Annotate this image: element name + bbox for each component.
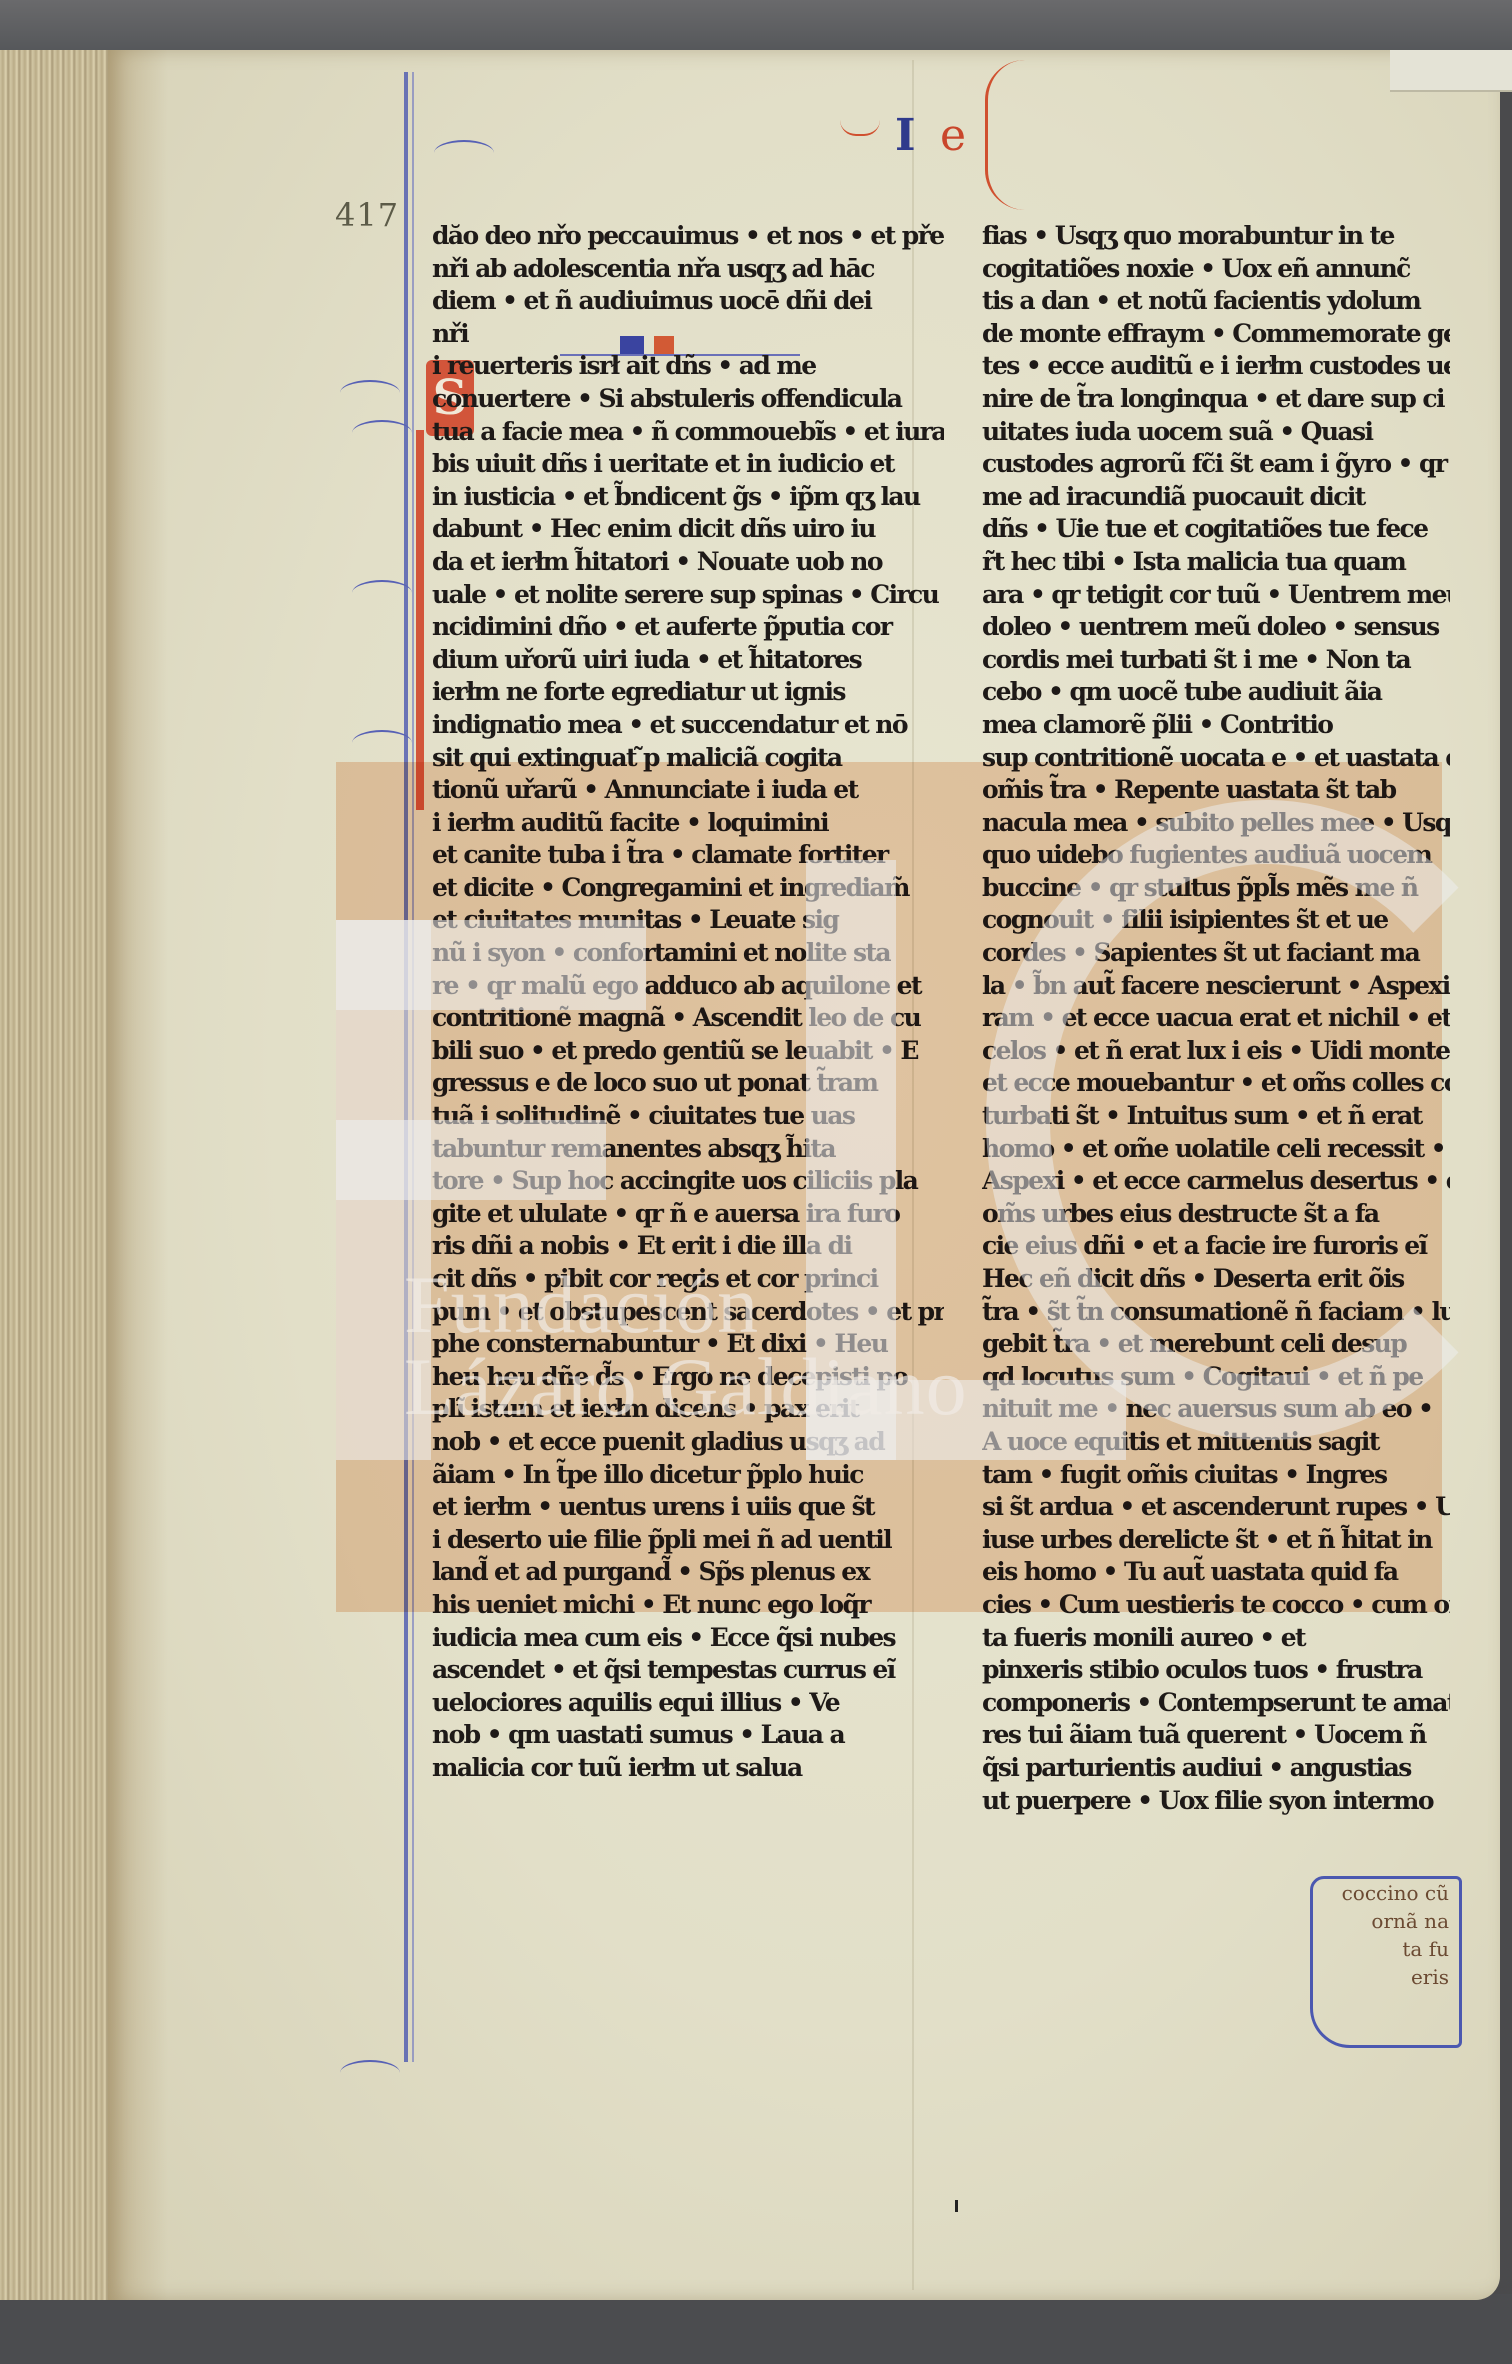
watermark-letter-f <box>336 1120 606 1200</box>
text-line: r̃t hec tibi • Ista malicia tua quam <box>982 546 1450 579</box>
text-line: cebo • qm uocẽ tube audiuit ãia <box>982 676 1450 709</box>
text-line: i reuerteris isrł ait dñs • ad me <box>432 350 944 383</box>
watermark-letter-f <box>336 920 646 1010</box>
folio-number: 417 <box>335 196 399 234</box>
penwork-flourish <box>352 580 412 606</box>
penwork-flourish <box>352 730 412 756</box>
text-line: pinxeris stibio oculos tuos • frustra <box>982 1654 1450 1687</box>
text-line: uitates iuda uocem suã • Quasi <box>982 416 1450 449</box>
text-line: nob • qm uastati sumus • Laua a <box>432 1719 944 1752</box>
text-line: fias • Usqʒ quo morabuntur in te <box>982 220 1450 253</box>
watermark-text-line-2: Lázaro Galdiano <box>404 1340 968 1434</box>
text-line: tua a facie mea • ñ commouebĩs • et iur… <box>432 416 944 449</box>
text-line: conuertere • Si abstuleris offendicula <box>432 383 944 416</box>
text-line: bis uiuit dñs i ueritate et in iudicio e… <box>432 448 944 481</box>
text-line: da et ierłm h̃itatori • Nouate uob no <box>432 546 944 579</box>
text-line: uale • et nolite serere sup spinas • Cir… <box>432 579 944 612</box>
text-line: me ad iracundiã puocauit dicit <box>982 481 1450 514</box>
text-line: cordis mei turbati s̃t i me • Non ta <box>982 644 1450 677</box>
text-line: ta fueris monili aureo • et <box>982 1622 1450 1655</box>
watermark-text-line-1: Fundación <box>404 1258 759 1352</box>
text-line: componeris • Contempserunt te amato <box>982 1687 1450 1720</box>
catchword-line: coccino cũ <box>1313 1879 1459 1907</box>
text-line: cogitatiões noxie • Uox eñ annunc̃ <box>982 253 1450 286</box>
text-line: malicia cor tuũ ierłm ut salua <box>432 1752 944 1785</box>
text-line: ut puerpere • Uox filie syon intermo <box>982 1785 1450 1818</box>
red-flourish <box>985 60 1048 210</box>
text-line: nire de t̃ra longinqua • et dare sup ci <box>982 383 1450 416</box>
text-line: ncidimini dño • et auferte p̃putia cor <box>432 611 944 644</box>
text-line: tis a dan • et notũ facientis ydolum <box>982 285 1450 318</box>
penwork-flourish <box>340 2060 400 2086</box>
text-line: doleo • uentrem meũ doleo • sensus <box>982 611 1450 644</box>
red-flourish <box>840 120 880 136</box>
running-head: I e <box>840 100 1040 160</box>
text-line: de monte effraym • Commemorate gen <box>982 318 1450 351</box>
text-line: ascendet • et q̃si tempestas currus eĩ <box>432 1654 944 1687</box>
text-line: res tui ãiam tuã querent • Uocem ñ <box>982 1719 1450 1752</box>
text-line: diem • et ñ audiuimus uocē dñi dei <box>432 285 944 318</box>
background-top <box>0 0 1512 52</box>
catchword-line: ornã na <box>1313 1907 1459 1935</box>
text-line: nři <box>432 318 944 351</box>
catchword-line: ta fu <box>1313 1935 1459 1963</box>
text-line: dăo deo nřo peccauimus • et nos • et pře… <box>432 220 944 253</box>
text-line: dabunt • Hec enim dicit dñs uiro iu <box>432 513 944 546</box>
text-line: ara • qr tetigit cor tuũ • Uentrem meũ <box>982 579 1450 612</box>
text-line: in iusticia • et b̃ndicent g̃s • ip̃m qʒ… <box>432 481 944 514</box>
watermark-logo <box>336 760 1442 1610</box>
background-bottom <box>0 2294 1512 2364</box>
text-line: uelociores aquilis equi illius • Ve <box>432 1687 944 1720</box>
text-line: nři ab adolescentia nřa usqʒ ad hāc <box>432 253 944 286</box>
text-line: mea clamorẽ p̃lii • Contritio <box>982 709 1450 742</box>
text-line: tes • ecce auditũ e i ierłm custodes ue <box>982 350 1450 383</box>
text-line: custodes agrorũ fc̃i s̃t eam i g̃yro • … <box>982 448 1450 481</box>
text-line: iudicia mea cum eis • Ecce q̃si nubes <box>432 1622 944 1655</box>
penwork-flourish <box>340 380 400 406</box>
text-line: dñs • Uie tue et cogitatiões tue fece <box>982 513 1450 546</box>
running-head-letter-1: I <box>895 110 916 161</box>
facing-page-corner <box>1390 50 1512 92</box>
page-stack-edges <box>0 50 112 2300</box>
gutter-shadow <box>108 50 168 2300</box>
running-head-letter-2: e <box>940 110 966 161</box>
penwork-flourish <box>434 140 494 166</box>
text-line: indignatio mea • et succendatur et nō <box>432 709 944 742</box>
ink-mark <box>955 2200 958 2212</box>
text-line: q̃si parturientis audiui • angustias <box>982 1752 1450 1785</box>
text-line: ierłm ne forte egrediatur ut ignis <box>432 676 944 709</box>
text-line: dium uřorũ uiri iuda • et h̃itatores <box>432 644 944 677</box>
catchword-line: eris <box>1313 1963 1459 1991</box>
penwork-flourish <box>352 420 412 446</box>
initial-tail <box>416 430 424 810</box>
watermark-letter-g <box>986 800 1512 1440</box>
catchword-box: coccino cũ ornã na ta fu eris <box>1310 1876 1462 2048</box>
